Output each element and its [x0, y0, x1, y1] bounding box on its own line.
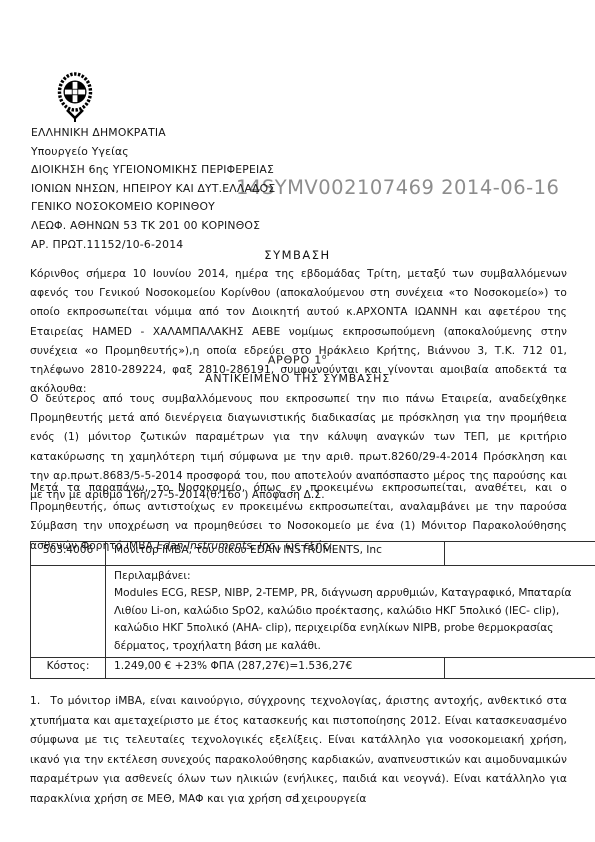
letterhead-line-hospital: ΓΕΝΙΚΟ ΝΟΣΟΚΟΜΕΙΟ ΚΟΡΙΝΘΟΥ — [31, 198, 275, 217]
article-1-heading: ΑΡΘΡΟ 1ο — [0, 353, 595, 367]
page-number: 1 — [0, 791, 595, 805]
article-1-heading-text: ΑΡΘΡΟ 1 — [268, 354, 322, 367]
item-row: 503.4006 Μόνιτορ iMBA, του οίκου EDAN IN… — [31, 542, 595, 566]
document-page: ΕΛΛΗΝΙΚΗ ΔΗΜΟΚΡΑΤΙΑ Υπουργείο Υγείας ΔΙΟ… — [0, 0, 595, 842]
includes-label: Περιλαμβάνει: — [114, 568, 595, 585]
cost-value-cell: 1.249,00 € +23% ΦΠΑ (287,27€)=1.536,27€ — [106, 658, 445, 679]
includes-empty-cell — [31, 566, 106, 658]
item-title-cell: Μόνιτορ iMBA, του οίκου EDAN INSTRUMENTS… — [106, 542, 445, 566]
greek-coat-of-arms-icon — [57, 72, 93, 124]
letterhead-line-ministry: Υπουργείο Υγείας — [31, 143, 275, 162]
letterhead-line-protocol: ΑΡ. ΠΡΩΤ.11152/10-6-2014 — [31, 236, 275, 255]
cost-label-cell: Κόστος: — [31, 658, 106, 679]
spec-paragraph-text: Το μόνιτορ iMBA, είναι καινούργιο, σύγχρ… — [30, 695, 567, 805]
item-extra-cell — [445, 542, 595, 566]
cost-row: Κόστος: 1.249,00 € +23% ΦΠΑ (287,27€)=1.… — [31, 658, 595, 679]
includes-row: Περιλαμβάνει: Modules ECG, RESP, NIBP, 2… — [31, 566, 595, 658]
cost-extra-cell — [445, 658, 595, 679]
includes-cell: Περιλαμβάνει: Modules ECG, RESP, NIBP, 2… — [106, 566, 595, 658]
letterhead: ΕΛΛΗΝΙΚΗ ΔΗΜΟΚΡΑΤΙΑ Υπουργείο Υγείας ΔΙΟ… — [31, 124, 275, 254]
letterhead-line-republic: ΕΛΛΗΝΙΚΗ ΔΗΜΟΚΡΑΤΙΑ — [31, 124, 275, 143]
letterhead-line-region: ΔΙΟΙΚΗΣΗ 6ης ΥΓΕΙΟΝΟΜΙΚΗΣ ΠΕΡΙΦΕΡΕΙΑΣ — [31, 161, 275, 180]
includes-text: Modules ECG, RESP, NIBP, 2-TEMP, PR, διά… — [114, 585, 595, 655]
letterhead-line-address: ΛΕΩΦ. ΑΘΗΝΩΝ 53 ΤΚ 201 00 ΚΟΡΙΝΘΟΣ — [31, 217, 275, 236]
items-table: 503.4006 Μόνιτορ iMBA, του οίκου EDAN IN… — [30, 541, 595, 679]
article-1-subheading: ΑΝΤΙΚΕΙΜΕΝΟ ΤΗΣ ΣΥΜΒΑΣΗΣ — [0, 372, 595, 385]
spec-paragraph-number: 1. — [30, 695, 50, 707]
ada-watermark: 14SYMV002107469 2014-06-16 — [236, 176, 559, 199]
item-code-cell: 503.4006 — [31, 542, 106, 566]
letterhead-line-region2: ΙΟΝΙΩΝ ΝΗΣΩΝ, ΗΠΕΙΡΟΥ ΚΑΙ ΔΥΤ.ΕΛΛΑΔΟΣ — [31, 180, 275, 199]
article-1-heading-ordinal: ο — [322, 353, 327, 361]
